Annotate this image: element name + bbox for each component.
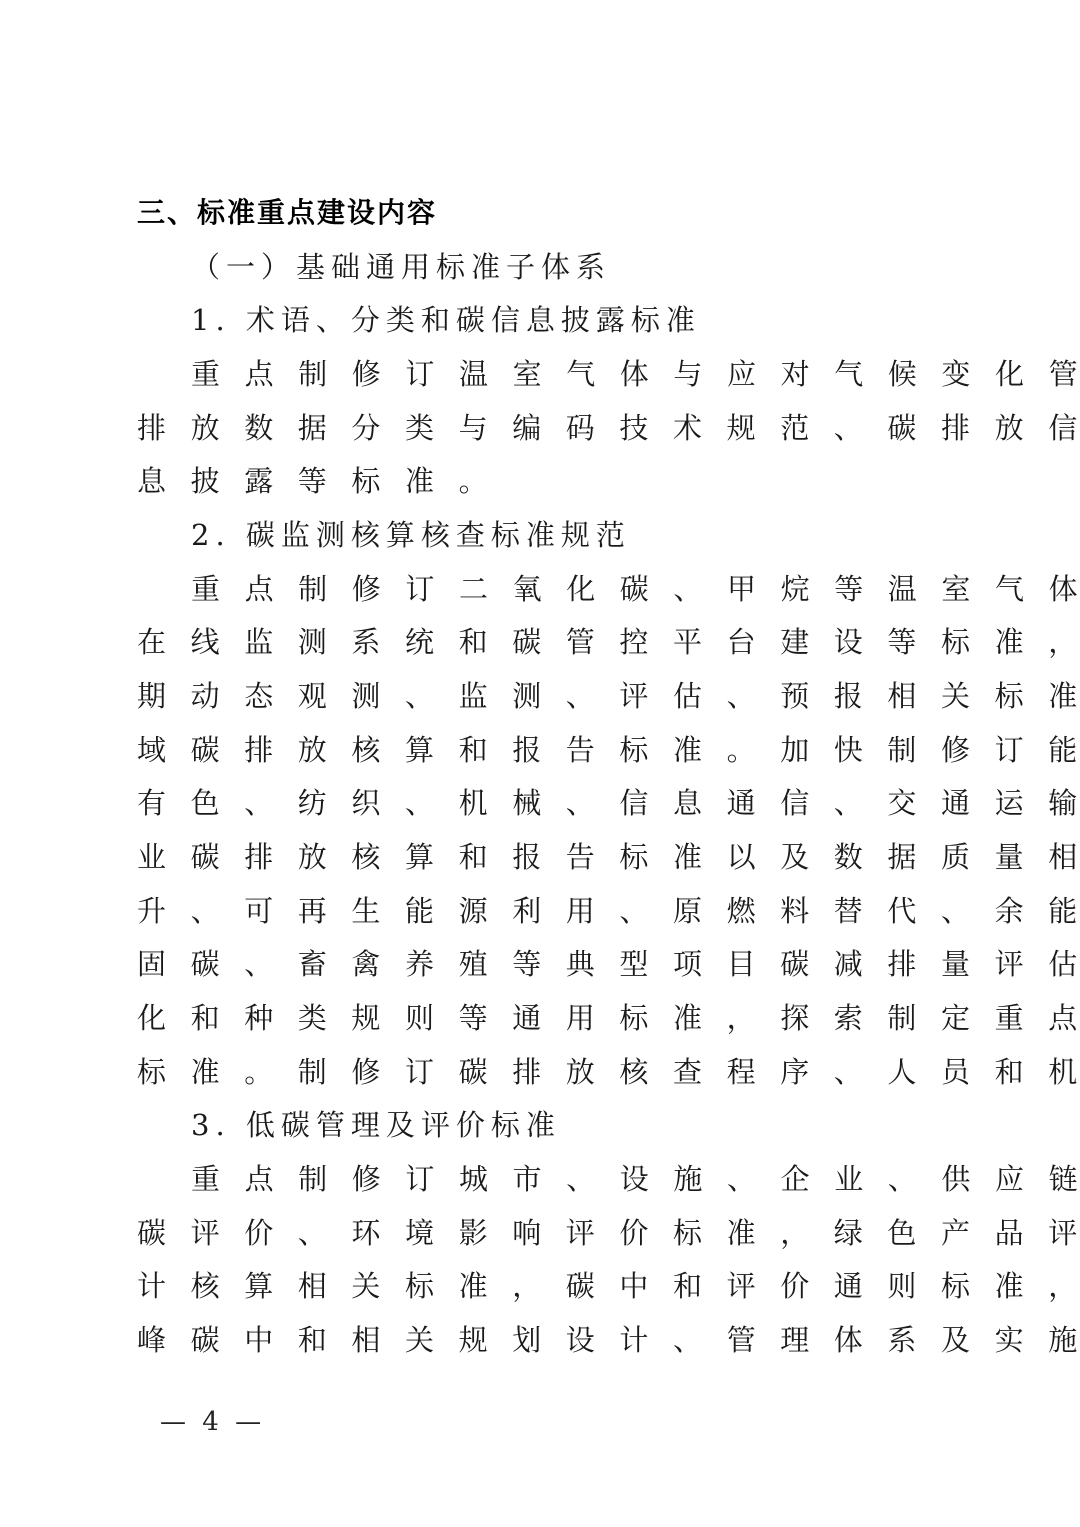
page-number: — 4 — xyxy=(160,1404,265,1440)
item-title: 2. 碳监测核算核查标准规范 xyxy=(191,515,1003,555)
document-page: 三、标准重点建设内容 （一）基础通用标准子体系 1. 术语、分类和碳信息披露标准… xyxy=(0,0,1080,1527)
item-title: 3. 低碳管理及评价标准 xyxy=(191,1105,1003,1145)
paragraph-line: 域碳排放核算和报告标准。加快制修订能源、冶金、建材、化工、 xyxy=(137,730,949,770)
paragraph-line: 重点制修订二氧化碳、甲烷等温室气体监测方法、监测设备、 xyxy=(191,569,949,609)
subsection-title: （一）基础通用标准子体系 xyxy=(191,247,1003,287)
paragraph-line: 有色、纺织、机械、信息通信、交通运输、畜禽养殖等重点行业企 xyxy=(137,783,949,823)
paragraph-line: 息披露等标准。 xyxy=(137,461,949,501)
paragraph-line: 业碳排放核算和报告标准以及数据质量相关标准规范。完善能效提 xyxy=(137,837,949,877)
paragraph-line: 峰碳中和相关规划设计、管理体系及实施评价等通用标准。 xyxy=(137,1320,949,1360)
paragraph-line: 标准。制修订碳排放核查程序、人员和机构等基础共性标准。 xyxy=(137,1052,949,1092)
section-title: 三、标准重点建设内容 xyxy=(137,193,949,233)
paragraph-line: 升、可再生能源利用、原燃料替代、余能利用、生物海洋林草土壤 xyxy=(137,891,949,931)
paragraph-line: 排放数据分类与编码技术规范、碳排放信息采集方法及要求、碳信 xyxy=(137,408,949,448)
paragraph-line: 在线监测系统和碳管控平台建设等标准，大气成分物理化学特性长 xyxy=(137,622,949,662)
item-title: 1. 术语、分类和碳信息披露标准 xyxy=(191,300,1003,340)
paragraph-line: 重点制修订温室气体与应对气候变化管理相关术语及定义、碳 xyxy=(191,354,949,394)
paragraph-line: 碳评价、环境影响评价标准，绿色产品评价标准，绿色低碳产业统 xyxy=(137,1213,949,1253)
paragraph-line: 固碳、畜禽养殖等典型项目碳减排量评估标准。研制产品碳足迹量 xyxy=(137,944,949,984)
paragraph-line: 期动态观测、监测、评估、预报相关标准。制修订地区、园区等区 xyxy=(137,676,949,716)
paragraph-line: 重点制修订城市、设施、企业、供应链、园区、技术等绿色低 xyxy=(191,1159,949,1199)
paragraph-line: 化和种类规则等通用标准，探索制定重点产品碳排放核算及碳足迹 xyxy=(137,998,949,1038)
paragraph-line: 计核算相关标准，碳中和评价通则标准，以及不同应用场景的碳达 xyxy=(137,1266,949,1306)
